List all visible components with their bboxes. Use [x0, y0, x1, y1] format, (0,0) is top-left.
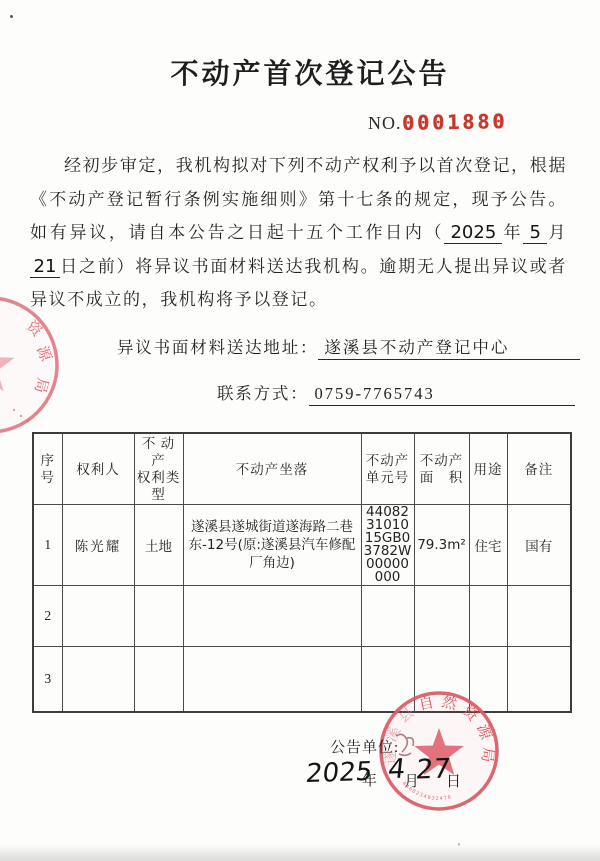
footer-year-unit-label: 年	[362, 769, 377, 790]
row1-remark-handwriting: 国有	[507, 505, 571, 586]
table-header-row: 序号 权利人 不 动 产 权利类型 不动产坐落 不动产 单元号 不动产 面 积 …	[33, 433, 571, 505]
row1-usage-handwriting: 住宅	[469, 505, 507, 586]
contact-line: 联系方式：0759-7765743	[217, 380, 575, 406]
row2-location	[183, 586, 361, 647]
scan-edge-shadow	[0, 845, 600, 861]
row2-seq: 2	[33, 586, 62, 647]
registration-table: 序号 权利人 不 动 产 权利类型 不动产坐落 不动产 单元号 不动产 面 积 …	[32, 432, 572, 713]
header-remark: 备注	[507, 433, 571, 505]
row1-location-handwriting: 遂溪县遂城街道遂海路二巷东-12号(原:遂溪县汽车修配厂角边)	[183, 505, 361, 586]
partial-seal-ring	[0, 298, 57, 432]
deadline-year-blank: 2025	[444, 223, 502, 244]
row2-usage	[469, 586, 507, 647]
announcement-number-stamp: 0001880	[401, 109, 507, 135]
partial-seal-code-dot	[13, 409, 15, 411]
deadline-month-handwriting: 5	[530, 222, 541, 243]
deadline-year-handwriting: 2025	[450, 222, 496, 243]
objection-address-label: 异议书面材料送达地址：	[117, 338, 318, 357]
row1-unit-no-handwriting: 440823101015GB03782W00000000	[361, 505, 414, 586]
scan-speck	[10, 15, 13, 18]
objection-address-line: 异议书面材料送达地址：遂溪县不动产登记中心	[117, 334, 580, 360]
table-row: 1 陈光耀 土地 遂溪县遂城街道遂海路二巷东-12号(原:遂溪县汽车修配厂角边)…	[33, 505, 571, 586]
deadline-month-blank: 5	[523, 223, 547, 244]
announcement-number-prefix: NO.	[368, 113, 402, 133]
contact-label: 联系方式：	[217, 384, 309, 403]
partial-seal-code-dot	[27, 420, 29, 422]
row3-seq: 3	[33, 647, 62, 712]
row2-owner	[62, 586, 134, 647]
row1-seq: 1	[33, 505, 62, 586]
partial-seal-left-edge: 资 源 局	[0, 290, 78, 440]
row2-area	[414, 586, 469, 647]
notice-text-after-date: 日之前）将异议书面材料送达我机构。逾期无人提出异议或者异议不成立的，我机构将予以…	[30, 257, 567, 310]
row1-owner-handwriting: 陈光耀	[62, 505, 134, 586]
scan-speck	[137, 292, 139, 294]
scanned-announcement-page: 不动产首次登记公告 NO.0001880 经初步审定，我机构拟对下列不动产权利予…	[0, 0, 600, 861]
header-right-type: 不 动 产 权利类型	[134, 433, 183, 505]
announcement-number-line: NO.0001880	[368, 110, 507, 134]
header-owner: 权利人	[62, 433, 134, 505]
deadline-day-handwriting: 21	[34, 256, 57, 277]
table-row: 2	[33, 586, 571, 647]
year-unit-label: 年	[502, 223, 523, 242]
row3-owner	[62, 647, 134, 712]
header-usage: 用途	[469, 433, 507, 505]
row1-area-handwriting: 79.3m²	[414, 505, 469, 586]
header-unit-no: 不动产 单元号	[361, 433, 414, 505]
row2-unit-no	[361, 586, 414, 647]
footer-day-unit-label: 日	[446, 770, 461, 791]
row3-location	[183, 647, 361, 712]
header-location: 不动产坐落	[183, 433, 361, 505]
partial-seal-code-dot	[20, 415, 22, 417]
header-area: 不动产 面 积	[414, 433, 469, 505]
objection-address-value: 遂溪县不动产登记中心	[318, 334, 580, 360]
row2-right-type	[134, 586, 183, 647]
row2-remark	[507, 586, 571, 647]
row1-right-type-handwriting: 土地	[134, 505, 183, 586]
header-seq: 序号	[33, 433, 62, 505]
contact-phone-value: 0759-7765743	[309, 384, 575, 406]
month-unit-label: 月	[547, 223, 567, 242]
notice-paragraph: 经初步审定，我机构拟对下列不动产权利予以首次登记，根据《不动产登记暂行条例实施细…	[30, 149, 567, 317]
page-title: 不动产首次登记公告	[10, 52, 600, 92]
deadline-day-blank: 21	[30, 257, 60, 278]
row3-right-type	[134, 647, 183, 712]
